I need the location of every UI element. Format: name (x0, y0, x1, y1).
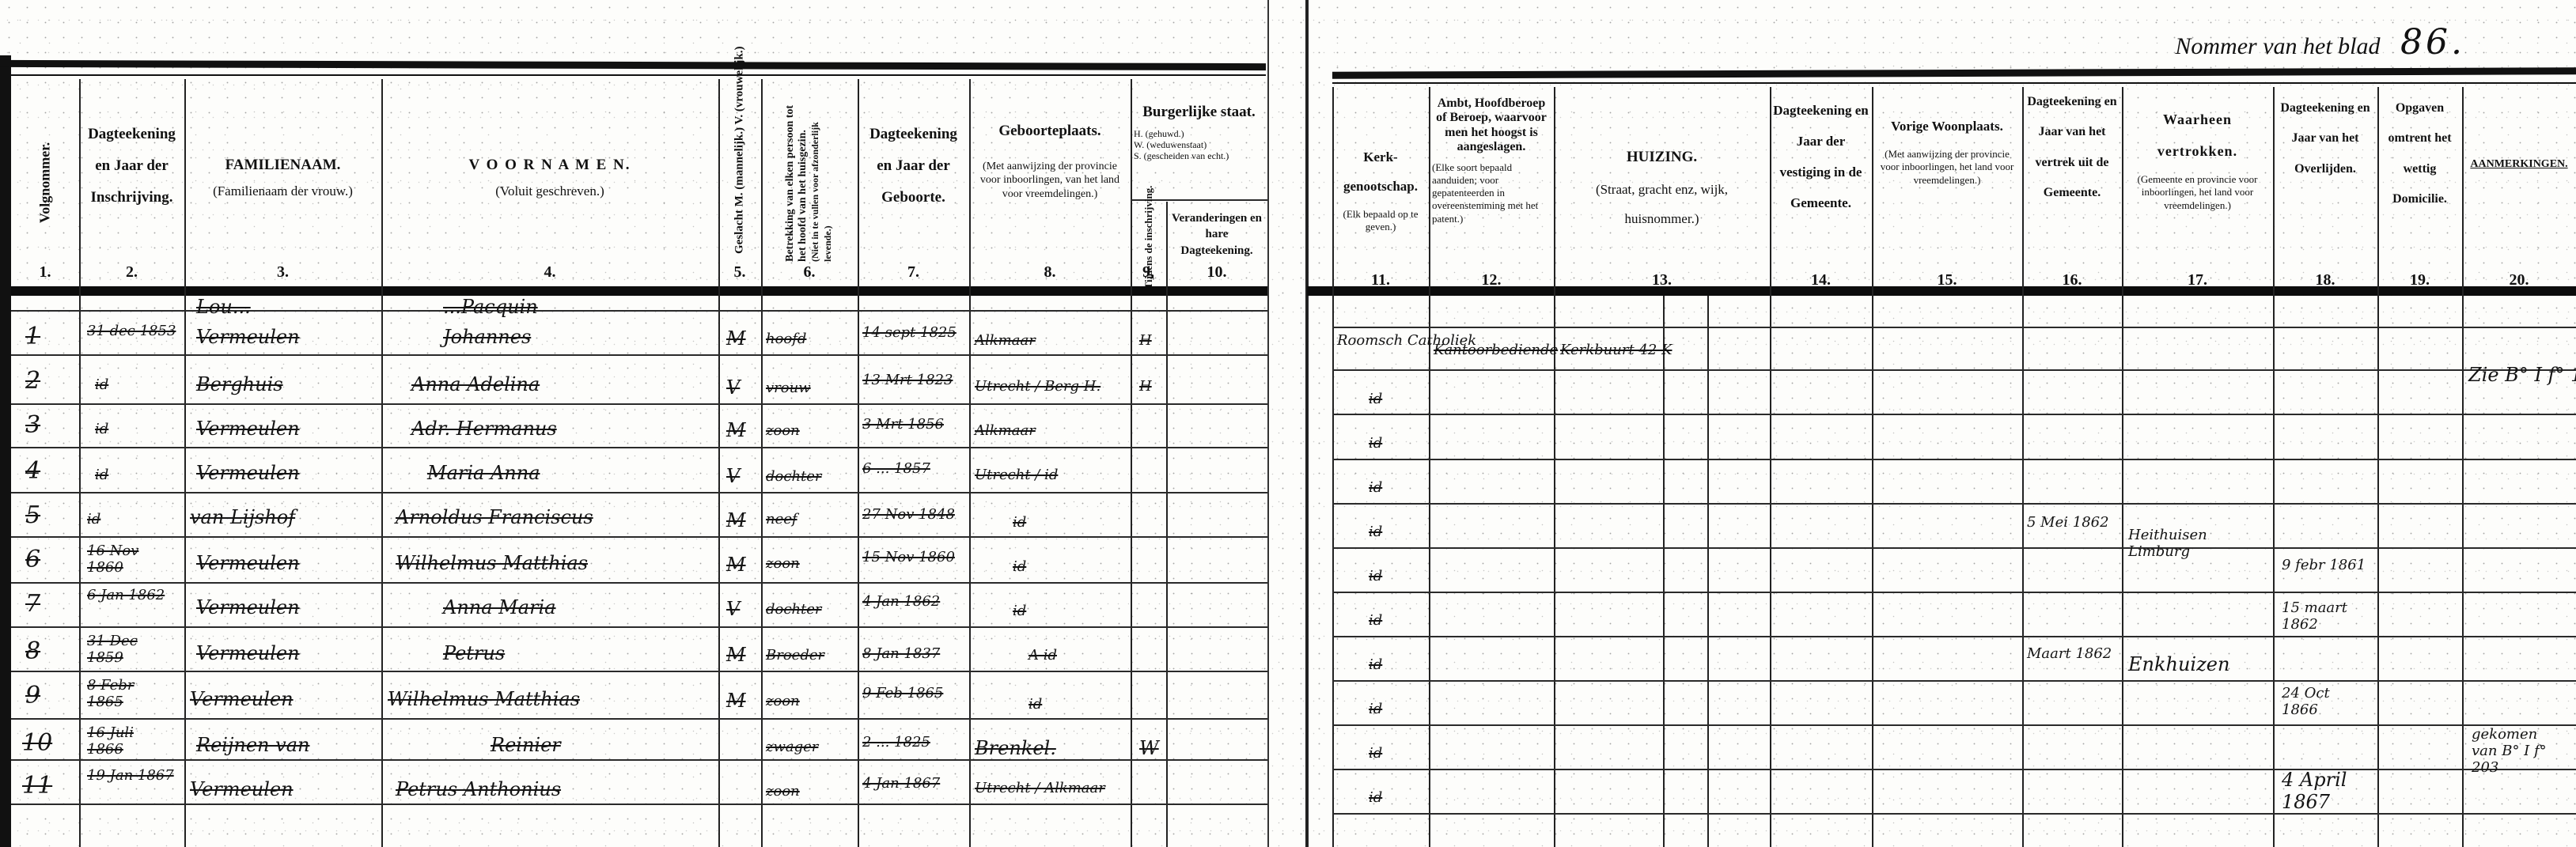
entry-familienaam: Vermeulen (196, 462, 300, 484)
entry-geboorte-date: 9 Feb 1865 (862, 685, 943, 701)
col-number: 7. (858, 263, 969, 282)
entry-aanmerkingen: Zie B° I f° 148 (2468, 364, 2576, 386)
entry-volgnummer: 10 (22, 729, 52, 757)
entry-betrekking: Broeder (766, 647, 824, 664)
col-number: 10. (1166, 263, 1267, 282)
entry-voornamen: Wilhelmus Matthias (396, 552, 588, 574)
col-number: 3. (184, 263, 381, 282)
entry-kerkgenootschap: id (1369, 701, 1382, 717)
entry-huizing: Kerkbuurt 42 K (1560, 342, 1672, 358)
col-header-11: Kerk-genootschap. (Elk bepaald op te gev… (1332, 87, 1429, 294)
col-number: 18. (2273, 271, 2377, 289)
entry-inschrijving-date: 16 Nov 1860 (87, 543, 174, 576)
entry-overlijden-date: 4 April 1867 (2282, 769, 2369, 813)
col-title: FAMILIENAAM. (188, 154, 378, 176)
entry-volgnummer: 3 (25, 411, 40, 439)
entry-waarheen: Enkhuizen (2128, 653, 2229, 675)
entry-kerkgenootschap: id (1369, 524, 1382, 540)
col-subtitle: (Elke soort bepaald aanduiden; voor gepa… (1432, 161, 1551, 225)
row-rule (1332, 813, 2576, 815)
entry-betrekking: vrouw (766, 380, 811, 396)
entry-kerkgenootschap: id (1369, 612, 1382, 629)
entry-geboorteplaats: id (1029, 696, 1042, 713)
entry-betrekking: zwager (766, 739, 818, 755)
entry-betrekking: zoon (766, 693, 800, 709)
entry-geslacht: M (726, 690, 746, 712)
col-number: 4. (381, 263, 718, 282)
legend-item: S. (gescheiden van echt.) (1134, 150, 1264, 161)
header-top-thin-rule (11, 74, 1266, 76)
entry-volgnummer: 1 (25, 323, 40, 350)
col-title: Dagteekening en Jaar der Inschrijving. (82, 119, 181, 214)
entry-staat: H (1139, 332, 1152, 349)
entry-kerkgenootschap: id (1369, 745, 1382, 762)
entry-familienaam: Vermeulen (196, 326, 300, 348)
entry-geboorte-date: 2 ... 1825 (862, 734, 930, 751)
entry-beroep: Kantoorbediende (1434, 342, 1558, 358)
col-number: 17. (2122, 271, 2273, 289)
entry-kerkgenootschap: id (1369, 479, 1382, 496)
entry-familienaam: Vermeulen (196, 642, 300, 664)
entry-voornamen: Anna Adelina (411, 373, 540, 395)
col-title: Betrekking van elken persoon tot het hoo… (784, 104, 809, 261)
legend-item: H. (gehuwd.) (1134, 128, 1264, 139)
entry-voornamen: Anna Maria (443, 596, 556, 618)
entry-familienaam: Lou... (196, 296, 251, 318)
col-header-15: Vorige Woonplaats. (Met aanwijzing der p… (1872, 87, 2022, 294)
entry-kerkgenootschap: id (1369, 568, 1382, 584)
entry-volgnummer: 7 (25, 590, 40, 618)
col-header-13: HUIZING. (Straat, gracht enz, wijk, huis… (1554, 87, 1770, 294)
col-title: Dagteekening en Jaar der Geboorte. (861, 119, 966, 214)
col-title: HUIZING. (1557, 146, 1767, 168)
entry-inschrijving-date: 8 Febr 1865 (87, 677, 174, 710)
col-header-3: FAMILIENAAM. (Familienaam der vrouw.) 3. (184, 79, 381, 286)
entry-geslacht: M (726, 419, 746, 441)
entry-familienaam: Vermeulen (196, 552, 300, 574)
entry-vertrek-date: Maart 1862 (2027, 645, 2114, 662)
entry-voornamen: Maria Anna (427, 462, 540, 484)
row-rule (11, 718, 1267, 720)
row-rule (11, 671, 1267, 672)
entry-kerkgenootschap: id (1369, 656, 1382, 673)
entry-inschrijving-date: 31 dec 1853 (87, 323, 176, 339)
row-rule (11, 403, 1267, 405)
col-header-4: V O O R N A M E N. (Voluit geschreven.) … (381, 79, 718, 286)
entry-kerkgenootschap: id (1369, 435, 1382, 452)
col-header-14: Dagteekening en Jaar der vestiging in de… (1770, 87, 1872, 294)
entry-waarheen: Heithuisen Limburg (2128, 527, 2271, 560)
group-title: Burgerlijke staat. (1134, 101, 1264, 123)
col-header-7: Dagteekening en Jaar der Geboorte. 7. (858, 79, 969, 286)
col-number: 8. (969, 263, 1131, 282)
entry-betrekking: neef (766, 511, 797, 527)
row-rule (11, 447, 1267, 448)
entry-geboorteplaats: id (1013, 558, 1026, 575)
col-subdivider (1707, 296, 1709, 847)
entry-volgnummer: 6 (25, 546, 40, 573)
col-number: 12. (1429, 271, 1554, 289)
col-number: 19. (2377, 271, 2462, 289)
col-title: Vorige Woonplaats. (1875, 111, 2019, 142)
col-title: Dagteekening en Jaar der vestiging in de… (1773, 95, 1869, 218)
entry-aanmerkingen: gekomen van B° I f° 203 (2472, 726, 2567, 776)
entry-familienaam: Berghuis (196, 373, 283, 395)
col-title: AANMERKINGEN. (2465, 157, 2573, 172)
col-title: Dagteekening en Jaar van het Overlijden. (2276, 93, 2374, 184)
entry-geslacht: M (726, 327, 746, 350)
col-subtitle: (Familienaam der vrouw.) (188, 183, 378, 199)
entry-geboorteplaats: Alkmaar (975, 422, 1036, 439)
col-divider (1166, 202, 1168, 847)
row-rule (1332, 414, 2576, 415)
entry-inschrijving-date: 16 Juli 1866 (87, 724, 174, 758)
col-title: Opgaven omtrent het wettig Domicilie. (2381, 93, 2459, 215)
col-number: 5. (718, 263, 761, 282)
col-header-8: Geboorteplaats. (Met aanwijzing der prov… (969, 79, 1131, 286)
row-rule (1332, 769, 2576, 770)
entry-betrekking: zoon (766, 783, 800, 800)
col-title: Waarheen vertrokken. (2125, 104, 2270, 167)
entry-familienaam: Reijnen van (196, 734, 309, 756)
col-subdivider (1663, 296, 1665, 847)
col-subtitle: M. (mannelijk.) V. (vrouwelijk.) (733, 46, 745, 206)
col-header-16: Dagteekening en Jaar van het vertrek uit… (2022, 87, 2122, 294)
entry-betrekking: zoon (766, 422, 800, 439)
entry-inschrijving-date: id (87, 511, 100, 527)
entry-geslacht: M (726, 644, 746, 666)
col-header-18: Dagteekening en Jaar van het Overlijden.… (2273, 87, 2377, 294)
entry-volgnummer: 9 (25, 682, 40, 709)
col-subtitle: (Elk bepaald op te geven.) (1335, 208, 1426, 234)
col-number: 15. (1872, 271, 2022, 289)
entry-voornamen: Adr. Hermanus (411, 418, 557, 440)
staat-legend: H. (gehuwd.) W. (weduwenstaat) S. (gesch… (1134, 128, 1264, 162)
row-rule (1332, 592, 2576, 593)
col-subtitle: (Voluit geschreven.) (385, 183, 715, 199)
legend-item: W. (weduwenstaat) (1134, 139, 1264, 150)
col-header-12: Ambt, Hoofdberoep of Beroep, waarvoor me… (1429, 87, 1554, 294)
col-title: Veranderingen en hare Dagteekening. (1169, 210, 1264, 259)
row-rule (11, 492, 1267, 493)
entry-geboorteplaats: A id (1029, 647, 1057, 664)
row-rule (11, 804, 1267, 805)
entry-geslacht: V (726, 376, 740, 399)
entry-kerkgenootschap: id (1369, 391, 1382, 407)
col-number: 6. (761, 263, 858, 282)
col-subtitle: (Met aanwijzing der provincie voor inboo… (972, 160, 1127, 202)
row-rule (1332, 636, 2576, 637)
row-rule (1332, 680, 2576, 682)
col-subtitle: (Straat, gracht enz, wijk, huisnommer.) (1557, 175, 1767, 234)
entry-familienaam: van Lijshof (190, 506, 295, 528)
col-header-5: Geslacht M. (mannelijk.) V. (vrouwelijk.… (718, 79, 761, 286)
entry-inschrijving-date: id (95, 467, 108, 483)
entry-geboorteplaats: id (1013, 603, 1026, 619)
entry-volgnummer: 11 (22, 772, 52, 800)
row-rule (11, 536, 1267, 538)
sheet-number-label: Nommer van het blad 86. (2175, 22, 2465, 62)
entry-geslacht: V (726, 598, 740, 620)
entry-inschrijving-date: 6 Jan 1862 (87, 587, 174, 603)
entry-voornamen: Reinier (491, 734, 561, 756)
entry-vertrek-date: 5 Mei 1862 (2027, 514, 2114, 531)
col-header-20: AANMERKINGEN. 20. (2462, 87, 2576, 294)
entry-geslacht: V (726, 465, 740, 487)
col-number: 13. (1554, 271, 1770, 289)
entry-geboorte-date: 4 Jan 1867 (862, 775, 940, 792)
entry-geboorte-date: 6 ... 1857 (862, 460, 930, 477)
entry-voornamen: Wilhelmus Matthias (388, 688, 580, 710)
entry-geboorteplaats: Utrecht / Berg H. (975, 378, 1100, 395)
entry-geboorte-date: 13 Mrt 1823 (862, 372, 953, 388)
burgerlijke-staat-header: Burgerlijke staat. H. (gehuwd.) W. (wedu… (1131, 79, 1267, 198)
entry-voornamen: Petrus (443, 642, 505, 664)
col-subtitle: (Niet in te vullen voor afzonderlijk lev… (809, 122, 833, 262)
entry-betrekking: hoofd (766, 331, 806, 347)
entry-voornamen: Petrus Anthonius (396, 778, 561, 800)
entry-voornamen: Johannes (443, 326, 531, 348)
row-rule (1332, 724, 2576, 726)
col-title: Ambt, Hoofdberoep of Beroep, waarvoor me… (1432, 96, 1551, 155)
entry-overlijden-date: 24 Oct 1866 (2282, 685, 2369, 718)
col-title: Geslacht (733, 210, 745, 254)
entry-inschrijving-date: id (95, 376, 108, 393)
col-title: Kerk-genootschap. (1335, 142, 1426, 202)
row-rule (1332, 459, 2576, 460)
entry-familienaam: Vermeulen (196, 596, 300, 618)
entry-betrekking: dochter (766, 601, 822, 618)
entry-geboorte-date: 15 Nov 1860 (862, 549, 955, 565)
entry-geboorteplaats: Utrecht / id (975, 467, 1058, 483)
row-rule (1332, 369, 2576, 371)
col-subtitle: (Gemeente en provincie voor inboorlingen… (2125, 173, 2270, 212)
entry-volgnummer: 8 (25, 637, 40, 665)
entry-overlijden-date: 15 maart 1862 (2282, 599, 2369, 633)
col-header-6: Betrekking van elken persoon tot het hoo… (761, 79, 858, 286)
entry-geslacht: M (726, 554, 746, 576)
entry-volgnummer: 2 (25, 367, 40, 395)
col-header-2: Dagteekening en Jaar der Inschrijving. 2… (79, 79, 184, 286)
entry-voornamen: Arnoldus Franciscus (396, 506, 593, 528)
col-number: 2. (79, 263, 184, 282)
entry-volgnummer: 5 (25, 501, 40, 529)
col-header-1: Volgnommer. 1. (11, 79, 79, 286)
entry-betrekking: zoon (766, 555, 800, 572)
entry-familienaam: Vermeulen (196, 418, 300, 440)
row-rule (1332, 547, 2576, 549)
page-left-border (0, 55, 11, 847)
col-header-19: Opgaven omtrent het wettig Domicilie. 19… (2377, 87, 2462, 294)
col-header-9: Tijdens de inschrijving. 9, (1131, 204, 1166, 286)
col-title: V O O R N A M E N. (385, 154, 715, 176)
col-title: Geboorteplaats. (972, 120, 1127, 142)
header-top-rule (0, 60, 1266, 70)
page-edge (1267, 0, 1269, 847)
entry-overlijden-date: 9 febr 1861 (2282, 557, 2369, 573)
col-number: 20. (2462, 271, 2576, 289)
entry-geslacht: M (726, 509, 746, 531)
entry-kerkgenootschap: id (1369, 789, 1382, 806)
col-header-10: Veranderingen en hare Dagteekening. 10. (1166, 204, 1267, 286)
sheet-label: Nommer van het blad (2175, 33, 2380, 59)
entry-geboorteplaats: Utrecht / Alkmaar (975, 780, 1105, 796)
entry-geboorte-date: 3 Mrt 1856 (862, 416, 944, 433)
entry-geboorte-date: 8 Jan 1837 (862, 645, 940, 662)
row-rule (11, 582, 1267, 584)
entry-inschrijving-date: 19 Jan 1867 (87, 767, 174, 784)
sheet-number: 86. (2400, 22, 2465, 62)
entry-geboorte-date: 14 sept 1825 (862, 324, 957, 341)
row-rule (1332, 503, 2576, 505)
col-number: 16. (2022, 271, 2122, 289)
header-bottom-rule (11, 286, 1267, 296)
row-rule (11, 626, 1267, 628)
entry-staat: H (1139, 378, 1152, 395)
entry-geboorte-date: 27 Nov 1848 (862, 506, 955, 523)
entry-familienaam: Vermeulen (190, 778, 294, 800)
row-rule (1332, 327, 2576, 328)
entry-familienaam: Vermeulen (190, 688, 294, 710)
entry-inschrijving-date: id (95, 421, 108, 437)
header-top-thin-rule-right (1332, 82, 2576, 84)
col-number: 14. (1770, 271, 1872, 289)
col-number: 9, (1131, 263, 1166, 282)
entry-geboorteplaats: Brenkel. (975, 737, 1056, 759)
entry-geboorteplaats: Alkmaar (975, 332, 1036, 349)
col-subtitle: (Met aanwijzing der provincie voor inboo… (1875, 148, 2019, 187)
row-rule (11, 354, 1267, 356)
col-title: Dagteekening en Jaar van het vertrek uit… (2025, 87, 2119, 209)
entry-betrekking: dochter (766, 468, 822, 485)
col-header-17: Waarheen vertrokken. (Gemeente en provin… (2122, 87, 2273, 294)
row-rule (11, 759, 1267, 761)
entry-volgnummer: 4 (25, 457, 40, 485)
col-title: Volgnommer. (37, 142, 54, 223)
entry-staat: W (1139, 737, 1159, 759)
entry-geboorte-date: 4 Jan 1862 (862, 593, 940, 610)
entry-inschrijving-date: 31 Dec 1859 (87, 633, 174, 666)
col-number: 11. (1332, 271, 1429, 289)
entry-geboorteplaats: id (1013, 514, 1026, 531)
entry-voornamen: ...Pacquin (443, 296, 538, 318)
col-number: 1. (11, 263, 79, 282)
